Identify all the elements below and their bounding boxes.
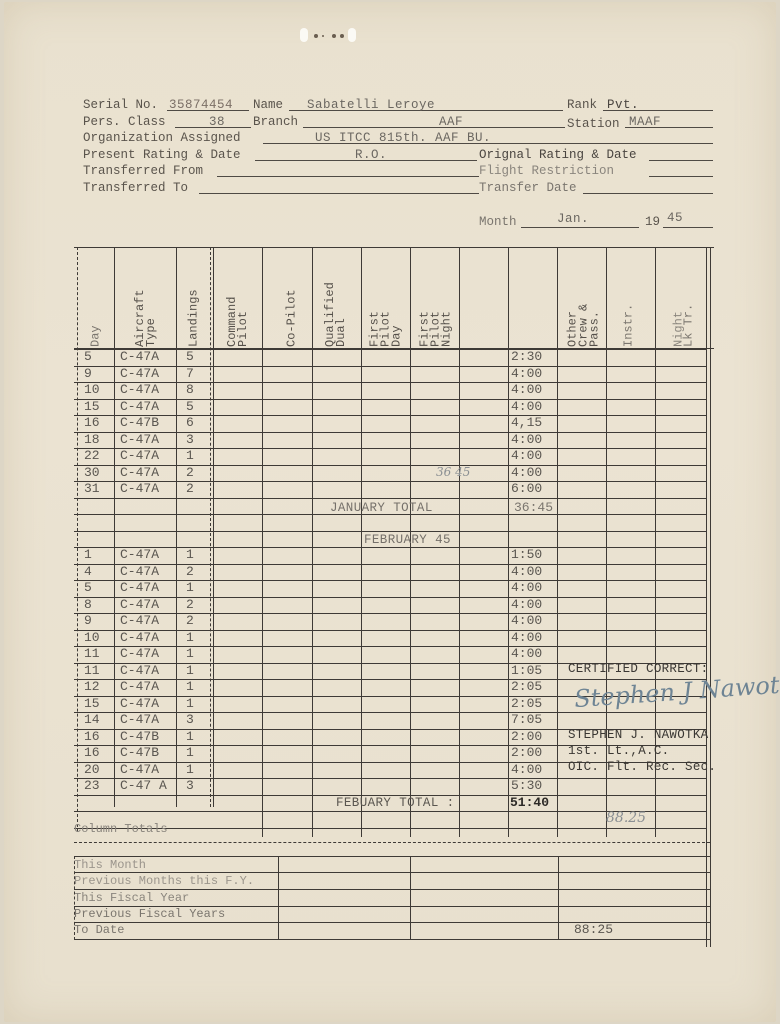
other-crew-time-cell: 4:00 [511, 433, 542, 447]
day-cell: 5 [84, 581, 92, 595]
month-value: Jan. [557, 211, 589, 228]
col-header-other-crew-pass: Other Crew & Pass. [562, 255, 606, 347]
other-crew-time-cell: 4:00 [511, 565, 542, 579]
name-value: Sabatelli Leroye [307, 97, 435, 114]
aircraft-cell: C-47A [120, 680, 159, 694]
aircraft-cell: C-47A [120, 367, 159, 381]
landings-cell: 1 [186, 697, 194, 711]
january-total-value: 36:45 [514, 501, 553, 515]
landings-cell: 2 [186, 598, 194, 612]
landings-cell: 3 [186, 433, 194, 447]
other-crew-time-cell: 4:00 [511, 367, 542, 381]
day-cell: 12 [84, 680, 100, 694]
aircraft-cell: C-47A [120, 350, 159, 364]
january-total-label: JANUARY TOTAL [330, 501, 433, 515]
other-crew-time-cell: 7:05 [511, 713, 542, 727]
flight-restriction-label: Flight Restriction [479, 163, 614, 180]
previous-fiscal-years-label: Previous Fiscal Years [74, 907, 225, 921]
row-divider [74, 448, 706, 449]
landings-cell: 1 [186, 581, 194, 595]
day-cell: 20 [84, 763, 100, 777]
other-crew-time-cell: 4:00 [511, 449, 542, 463]
other-crew-time-cell: 4:00 [511, 598, 542, 612]
landings-cell: 1 [186, 548, 194, 562]
column-totals-label: Column Totals [74, 822, 168, 836]
header-form: Serial No. 35874454 Name Sabatelli Leroy… [83, 97, 713, 231]
this-month-label: This Month [74, 858, 146, 872]
aircraft-cell: C-47A [120, 565, 159, 579]
day-cell: 1 [84, 548, 92, 562]
branch-value: AAF [439, 114, 463, 131]
other-crew-time-cell: 2:05 [511, 680, 542, 694]
pers-class-value: 38 [209, 114, 225, 131]
rank-value: Pvt. [607, 97, 639, 114]
aircraft-cell: C-47A [120, 598, 159, 612]
other-crew-time-cell: 4:00 [511, 647, 542, 661]
day-cell: 18 [84, 433, 100, 447]
aircraft-cell: C-47A [120, 581, 159, 595]
day-cell: 5 [84, 350, 92, 364]
other-crew-time-cell: 4:00 [511, 400, 542, 414]
year-prefix: 19 [645, 214, 660, 231]
other-crew-time-cell: 4:00 [511, 763, 542, 777]
original-rating-label: Orignal Rating & Date [479, 147, 637, 164]
landings-cell: 3 [186, 713, 194, 727]
row-divider [74, 613, 706, 614]
row-divider [74, 432, 706, 433]
certifier-name: STEPHEN J. NAWOTKA [568, 728, 708, 742]
pers-class-label: Pers. Class [83, 114, 166, 131]
present-rating-value: R.O. [355, 147, 387, 164]
name-label: Name [253, 97, 283, 114]
row-divider [74, 630, 706, 631]
this-fiscal-year-label: This Fiscal Year [74, 891, 189, 905]
day-cell: 8 [84, 598, 92, 612]
landings-cell: 6 [186, 416, 194, 430]
transfer-date-label: Transfer Date [479, 180, 577, 197]
row-divider [74, 531, 706, 532]
landings-cell: 7 [186, 367, 194, 381]
day-cell: 9 [84, 367, 92, 381]
to-date-label: To Date [74, 923, 124, 937]
landings-cell: 5 [186, 350, 194, 364]
landings-cell: 1 [186, 763, 194, 777]
rank-label: Rank [567, 97, 597, 114]
landings-cell: 3 [186, 779, 194, 793]
landings-cell: 8 [186, 383, 194, 397]
day-cell: 15 [84, 400, 100, 414]
row-divider [74, 366, 706, 367]
day-cell: 11 [84, 664, 100, 678]
landings-cell: 5 [186, 400, 194, 414]
day-cell: 16 [84, 416, 100, 430]
row-divider [74, 481, 706, 482]
aircraft-cell: C-47A [120, 763, 159, 777]
day-cell: 9 [84, 614, 92, 628]
other-crew-time-cell: 6:00 [511, 482, 542, 496]
day-cell: 11 [84, 647, 100, 661]
aircraft-cell: C-47A [120, 647, 159, 661]
col-header-qualified-dual: Qualified Dual [316, 255, 356, 347]
certifier-office: OIC. Flt. Rec. Sec. [568, 760, 716, 774]
day-cell: 31 [84, 482, 100, 496]
col-header-landings: Landings [180, 255, 208, 347]
february-total-label: FEBUARY TOTAL : [336, 796, 455, 810]
organization-value: US ITCC 815th. AAF BU. [315, 130, 491, 147]
col-header-instrument: Instr. [614, 255, 644, 347]
aircraft-cell: C-47B [120, 746, 159, 760]
row-divider [74, 646, 706, 647]
january-pencil-note: 36 45 [436, 465, 470, 479]
col-header-command-pilot: Command Pilot [218, 255, 258, 347]
day-cell: 23 [84, 779, 100, 793]
other-crew-time-cell: 1:05 [511, 664, 542, 678]
day-cell: 14 [84, 713, 100, 727]
day-cell: 15 [84, 697, 100, 711]
transferred-to-label: Transferred To [83, 180, 188, 197]
day-cell: 30 [84, 466, 100, 480]
day-cell: 10 [84, 383, 100, 397]
aircraft-cell: C-47A [120, 433, 159, 447]
landings-cell: 2 [186, 482, 194, 496]
day-cell: 10 [84, 631, 100, 645]
station-value: MAAF [629, 114, 661, 131]
flight-record-form: Serial No. 35874454 Name Sabatelli Leroy… [4, 2, 776, 1022]
aircraft-cell: C-47A [120, 466, 159, 480]
summary-table: Column Totals This Month Previous Months… [74, 838, 714, 948]
present-rating-label: Present Rating & Date [83, 147, 241, 164]
col-header-aircraft-type: Aircraft Type [124, 255, 168, 347]
transferred-from-label: Transferred From [83, 163, 203, 180]
punch-holes [300, 28, 356, 42]
landings-cell: 2 [186, 565, 194, 579]
row-divider [74, 415, 706, 416]
other-crew-time-cell: 5:30 [511, 779, 542, 793]
aircraft-cell: C-47A [120, 482, 159, 496]
other-crew-time-cell: 2:00 [511, 746, 542, 760]
other-crew-time-cell: 4:00 [511, 466, 542, 480]
february-total-value: 51:40 [510, 796, 549, 810]
other-crew-time-cell: 4:00 [511, 614, 542, 628]
organization-label: Organization Assigned [83, 130, 241, 147]
col-header-first-pilot-day: First Pilot Day [364, 255, 408, 347]
landings-cell: 1 [186, 664, 194, 678]
row-divider [74, 498, 706, 499]
row-divider [74, 399, 706, 400]
row-divider [74, 679, 706, 680]
other-crew-time-cell: 2:05 [511, 697, 542, 711]
year-value: 45 [667, 210, 683, 227]
row-divider [74, 564, 706, 565]
row-divider [74, 597, 706, 598]
landings-cell: 1 [186, 631, 194, 645]
landings-cell: 1 [186, 647, 194, 661]
to-date-value: 88:25 [574, 923, 613, 937]
previous-months-label: Previous Months this F.Y. [74, 874, 254, 888]
serial-label: Serial No. [83, 97, 158, 114]
certified-correct-label: CERTIFIED CORRECT: [568, 662, 708, 676]
serial-value: 35874454 [169, 97, 233, 114]
aircraft-cell: C-47A [120, 383, 159, 397]
other-crew-time-cell: 4,15 [511, 416, 542, 430]
other-crew-time-cell: 2:00 [511, 730, 542, 744]
row-divider [74, 349, 706, 350]
day-cell: 22 [84, 449, 100, 463]
aircraft-cell: C-47A [120, 548, 159, 562]
landings-cell: 1 [186, 746, 194, 760]
day-cell: 16 [84, 746, 100, 760]
other-crew-time-cell: 2:30 [511, 350, 542, 364]
col-header-day: Day [80, 255, 112, 347]
landings-cell: 1 [186, 680, 194, 694]
col-header-first-pilot-night: First Pilot Night [414, 255, 458, 347]
landings-cell: 1 [186, 730, 194, 744]
other-crew-time-cell: 1:50 [511, 548, 542, 562]
month-label: Month [479, 214, 517, 231]
aircraft-cell: C-47A [120, 449, 159, 463]
landings-cell: 2 [186, 614, 194, 628]
aircraft-cell: C-47A [120, 631, 159, 645]
pencil-grand-total: 88.25 [606, 810, 646, 826]
aircraft-cell: C-47 A [120, 779, 167, 793]
aircraft-cell: C-47A [120, 400, 159, 414]
row-divider [74, 712, 706, 713]
aircraft-cell: C-47B [120, 730, 159, 744]
certifier-rank: 1st. Lt.,A.C. [568, 744, 669, 758]
day-cell: 16 [84, 730, 100, 744]
row-divider [74, 382, 706, 383]
landings-cell: 1 [186, 449, 194, 463]
day-cell: 4 [84, 565, 92, 579]
row-divider [74, 465, 706, 466]
flight-log-table: Day Aircraft Type Landings Command Pilot… [74, 247, 714, 837]
row-divider [74, 547, 706, 548]
aircraft-cell: C-47A [120, 713, 159, 727]
aircraft-cell: C-47A [120, 697, 159, 711]
aircraft-cell: C-47A [120, 664, 159, 678]
other-crew-time-cell: 4:00 [511, 383, 542, 397]
col-header-link-trainer: Lk Tr. [674, 255, 704, 347]
col-header-co-pilot: Co-Pilot [278, 255, 306, 347]
aircraft-cell: C-47A [120, 614, 159, 628]
february-header: FEBRUARY 45 [364, 533, 451, 547]
row-divider [74, 828, 706, 829]
row-divider [74, 580, 706, 581]
row-divider [74, 778, 706, 779]
other-crew-time-cell: 4:00 [511, 631, 542, 645]
aircraft-cell: C-47B [120, 416, 159, 430]
branch-label: Branch [253, 114, 298, 131]
other-crew-time-cell: 4:00 [511, 581, 542, 595]
landings-cell: 2 [186, 466, 194, 480]
